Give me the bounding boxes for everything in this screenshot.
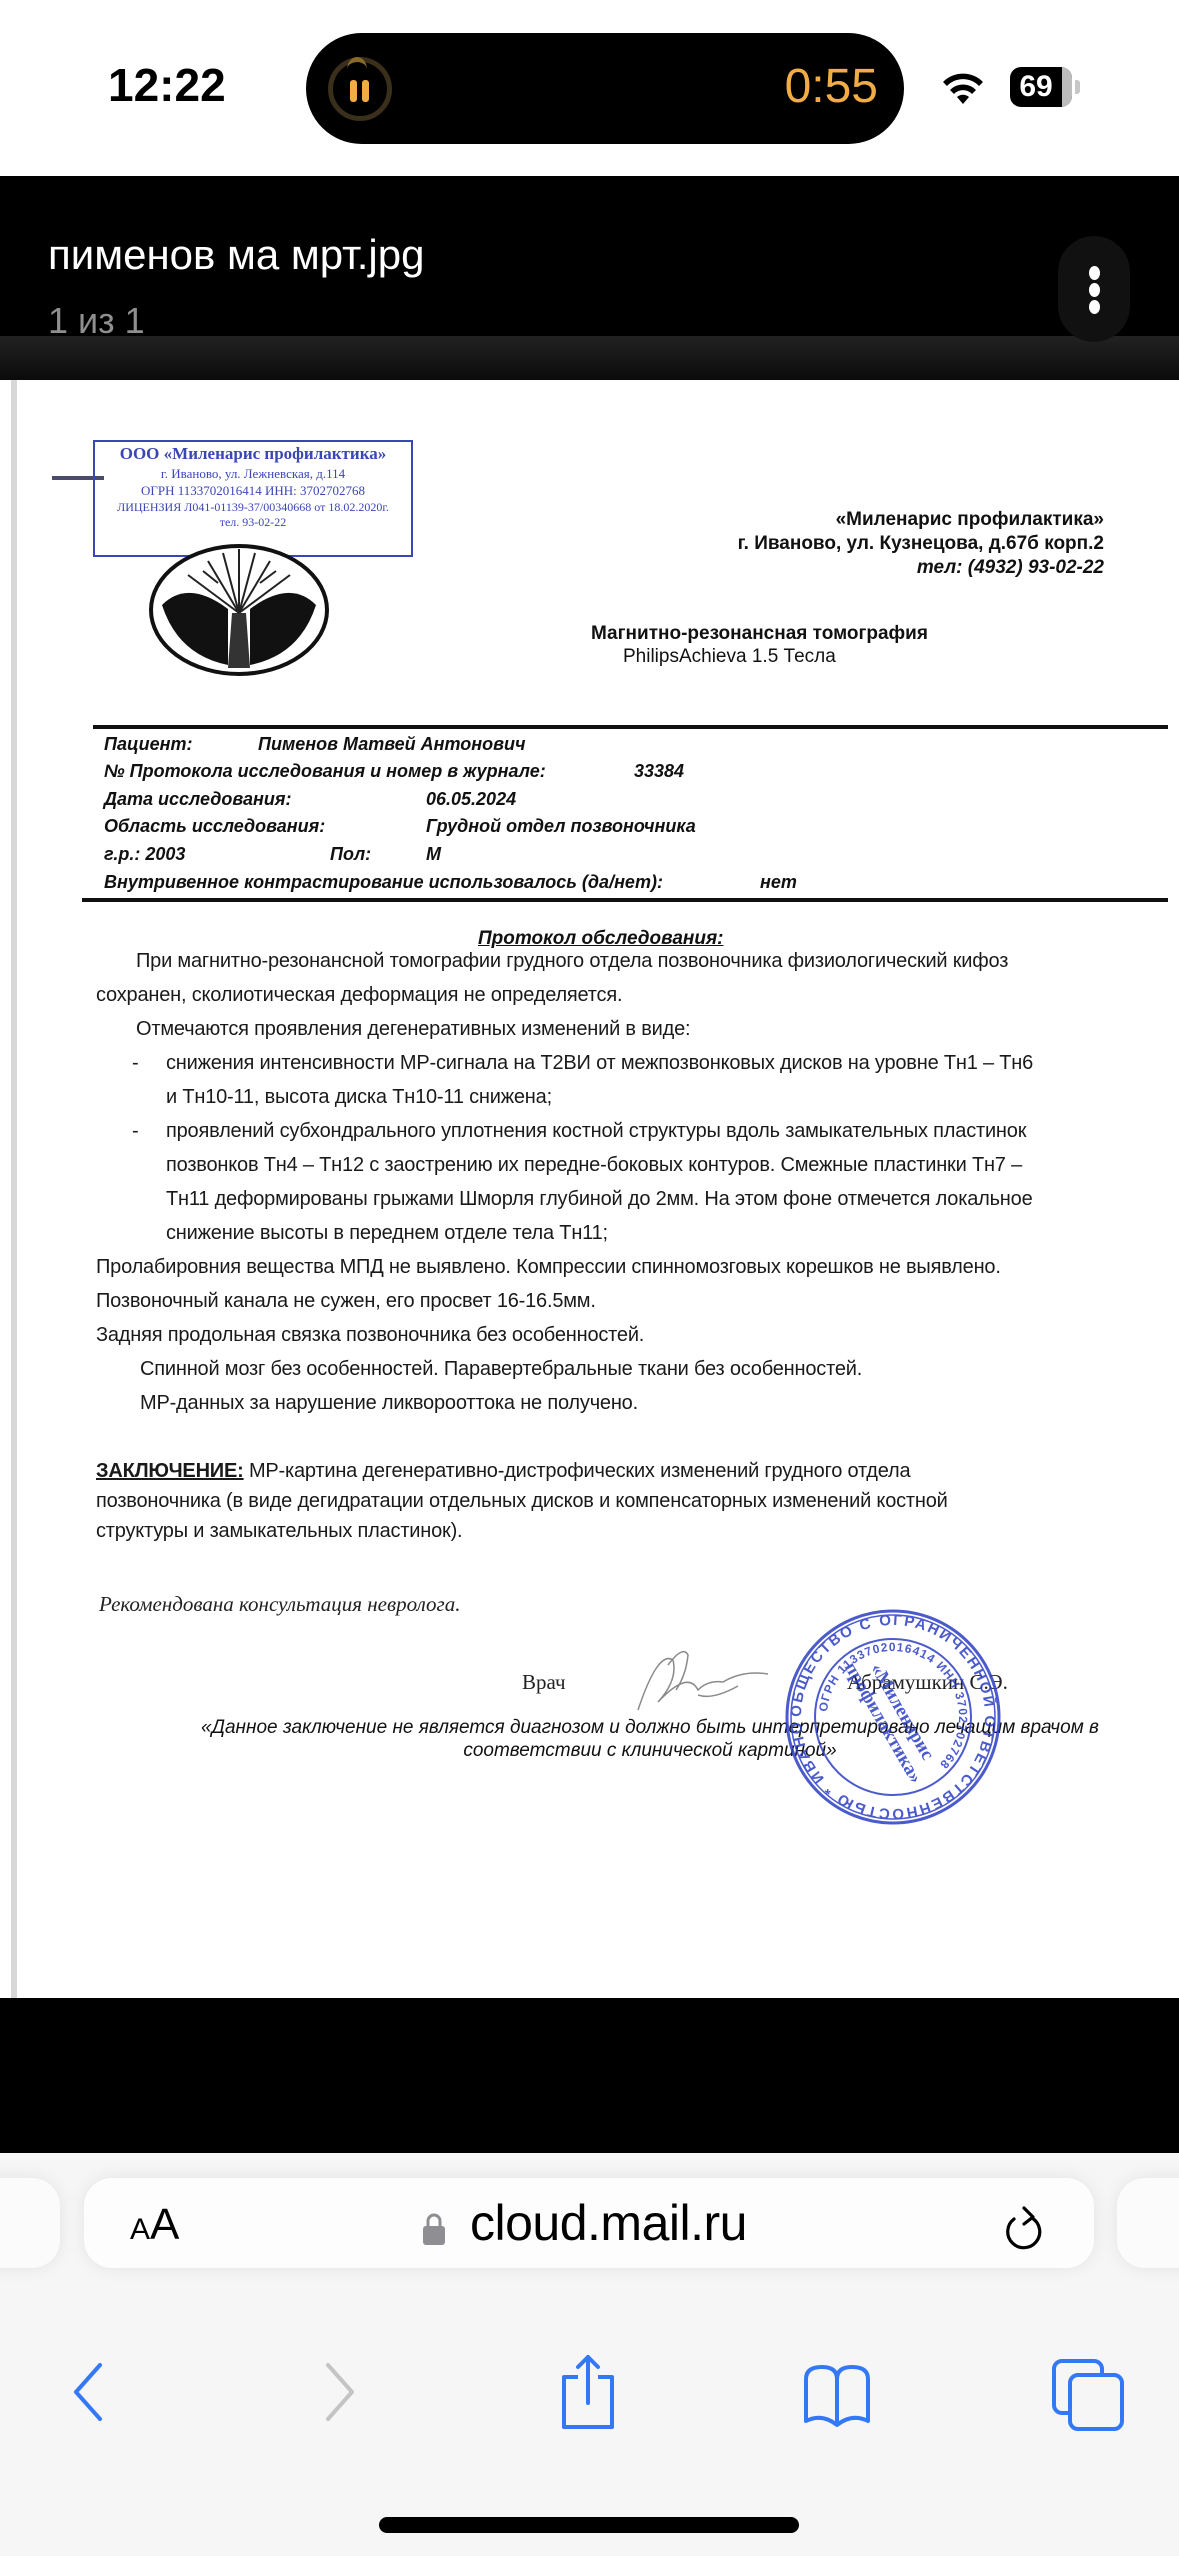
protocol-number: 33384: [634, 761, 684, 782]
contrast-label: Внутривенное контрастирование использова…: [104, 872, 663, 893]
clinic-name: «Миленарис профилактика»: [738, 508, 1104, 532]
share-icon[interactable]: [556, 2353, 620, 2433]
battery-cap-icon: [1075, 80, 1080, 94]
stamp-line: ЛИЦЕНЗИЯ Л041-01139-37/00340668 от 18.02…: [95, 500, 411, 515]
address-bar[interactable]: AA cloud.mail.ru: [84, 2178, 1094, 2268]
protocol-line: При магнитно-резонансной томографии груд…: [136, 950, 1008, 973]
dynamic-island-timer[interactable]: 0:55: [306, 33, 904, 144]
more-vertical-icon: [1089, 266, 1100, 280]
protocol-line: Отмечаются проявления дегенеративных изм…: [136, 1018, 690, 1041]
stamp-line: тел. 93-02-22: [95, 515, 411, 530]
pause-icon: [350, 80, 357, 102]
protocol-line: МР-данных за нарушение ликворооттока не …: [140, 1392, 638, 1415]
area-label: Область исследования:: [104, 816, 325, 837]
pause-icon-bar: [362, 80, 369, 102]
contrast-value: нет: [760, 872, 797, 893]
status-time: 12:22: [108, 58, 226, 112]
tabs-icon[interactable]: [1050, 2357, 1126, 2433]
tree-logo-icon: [148, 543, 330, 677]
protocol-line: Пролабировния вещества МПД не выявлено. …: [96, 1256, 1001, 1279]
date-label: Дата исследования:: [104, 789, 291, 810]
clinic-address: г. Иваново, ул. Кузнецова, д.67б корп.2: [738, 532, 1104, 556]
conclusion-line: позвоночника (в виде дегидратации отдель…: [96, 1490, 948, 1513]
viewer-header: пименов ма мрт.jpg 1 из 1: [0, 176, 1179, 380]
exam-area: Грудной отдел позвоночника: [426, 816, 696, 837]
protocol-line: Задняя продольная связка позвоночника бе…: [96, 1324, 644, 1347]
conclusion-text: МР-картина дегенеративно-дистрофических …: [244, 1460, 911, 1482]
file-title: пименов ма мрт.jpg: [48, 231, 424, 279]
stamp-line: ОГРН 1133702016414 ИНН: 3702702768: [95, 483, 411, 499]
more-options-button[interactable]: [1058, 236, 1130, 342]
battery-icon: 69: [1010, 67, 1072, 107]
reload-icon[interactable]: [1002, 2204, 1046, 2254]
text-size-icon: A: [130, 2213, 150, 2246]
exam-date: 06.05.2024: [426, 789, 516, 810]
status-bar: 12:22 0:55 69: [0, 0, 1179, 176]
sex-value: М: [426, 844, 441, 865]
protocol-line: проявлений субхондрального уплотнения ко…: [166, 1120, 1026, 1143]
next-tab-preview[interactable]: [1117, 2178, 1179, 2268]
patient-name: Пименов Матвей Антонович: [258, 734, 526, 755]
protocol-line: Позвоночный канала не сужен, его просвет…: [96, 1290, 596, 1313]
protocol-line: снижения интенсивности МР-сигнала на Т2В…: [166, 1052, 1033, 1075]
doctor-label: Врач: [522, 1670, 566, 1695]
protocol-line: Спинной мозг без особенностей. Параверте…: [140, 1358, 862, 1381]
round-seal-stamp: ОБЩЕСТВО С ОГРАНИЧЕННОЙ ОТВЕТСТВЕННОСТЬЮ…: [782, 1606, 1004, 1828]
protocol-number-label: № Протокола исследования и номер в журна…: [104, 761, 546, 782]
stamp-line: г. Иваново, ул. Лежневская, д.114: [95, 466, 411, 482]
timer-progress-ring-icon: [328, 57, 392, 121]
document-image[interactable]: ООО «Миленарис профилактика» г. Иваново,…: [0, 380, 1179, 1998]
previous-tab-preview[interactable]: [0, 2178, 60, 2268]
timer-countdown: 0:55: [785, 59, 878, 114]
conclusion-label: ЗАКЛЮЧЕНИЕ:: [96, 1460, 244, 1482]
header-fade: [0, 336, 1179, 380]
stamp-line: ООО «Миленарис профилактика»: [95, 444, 411, 464]
bullet-dash: -: [132, 1052, 138, 1075]
browser-toolbar: AA cloud.mail.ru: [0, 2153, 1179, 2556]
more-vertical-icon-dot: [1089, 283, 1100, 297]
text-size-icon-large: A: [150, 2200, 179, 2249]
text-size-button[interactable]: AA: [130, 2200, 179, 2250]
protocol-line: сохранен, сколиотическая деформация не о…: [96, 984, 622, 1007]
bookmarks-icon[interactable]: [800, 2363, 874, 2429]
home-indicator[interactable]: [379, 2517, 799, 2533]
viewer-bottom-area: [0, 1998, 1179, 2153]
page-counter: 1 из 1: [48, 300, 145, 342]
sex-label: Пол:: [330, 844, 371, 865]
scan-edge: [11, 380, 17, 1998]
conclusion-line: ЗАКЛЮЧЕНИЕ: МР-картина дегенеративно-дис…: [96, 1460, 910, 1483]
forward-icon[interactable]: [324, 2361, 358, 2423]
clinic-rectangular-stamp: ООО «Миленарис профилактика» г. Иваново,…: [93, 440, 413, 557]
protocol-line: Тн11 деформированы грыжами Шморля глубин…: [166, 1188, 1033, 1211]
divider-bottom: [82, 898, 1168, 902]
url-text[interactable]: cloud.mail.ru: [470, 2194, 747, 2252]
recommendation: Рекомендована консультация невролога.: [99, 1592, 460, 1617]
protocol-line: позвонков Тн4 – Тн12 с заострению их пер…: [166, 1154, 1022, 1177]
protocol-heading: Протокол обследования:: [478, 928, 724, 950]
lock-icon: [422, 2212, 446, 2246]
clinic-address-block: «Миленарис профилактика» г. Иваново, ул.…: [738, 508, 1104, 580]
divider-top: [93, 725, 1168, 729]
clinic-phone: тел: (4932) 93-02-22: [738, 556, 1104, 580]
bullet-dash: -: [132, 1120, 138, 1143]
battery-level: 69: [1010, 67, 1062, 107]
protocol-line: снижение высоты в переднем отделе тела Т…: [166, 1222, 608, 1245]
protocol-line: и Тн10-11, высота диска Тн10-11 снижена;: [166, 1086, 552, 1109]
patient-label: Пациент:: [104, 734, 192, 755]
birth-year: г.р.: 2003: [104, 844, 185, 865]
signature-icon: [628, 1640, 778, 1720]
conclusion-line: структуры и замыкательных пластинок).: [96, 1520, 462, 1543]
back-icon[interactable]: [70, 2361, 104, 2423]
modality-title: Магнитно-резонансная томография: [591, 623, 928, 645]
more-vertical-icon-dot: [1089, 300, 1100, 314]
battery-empty-portion: [1062, 67, 1072, 107]
wifi-icon: [940, 68, 986, 108]
modality-device: PhilipsAchieva 1.5 Тесла: [623, 646, 836, 668]
